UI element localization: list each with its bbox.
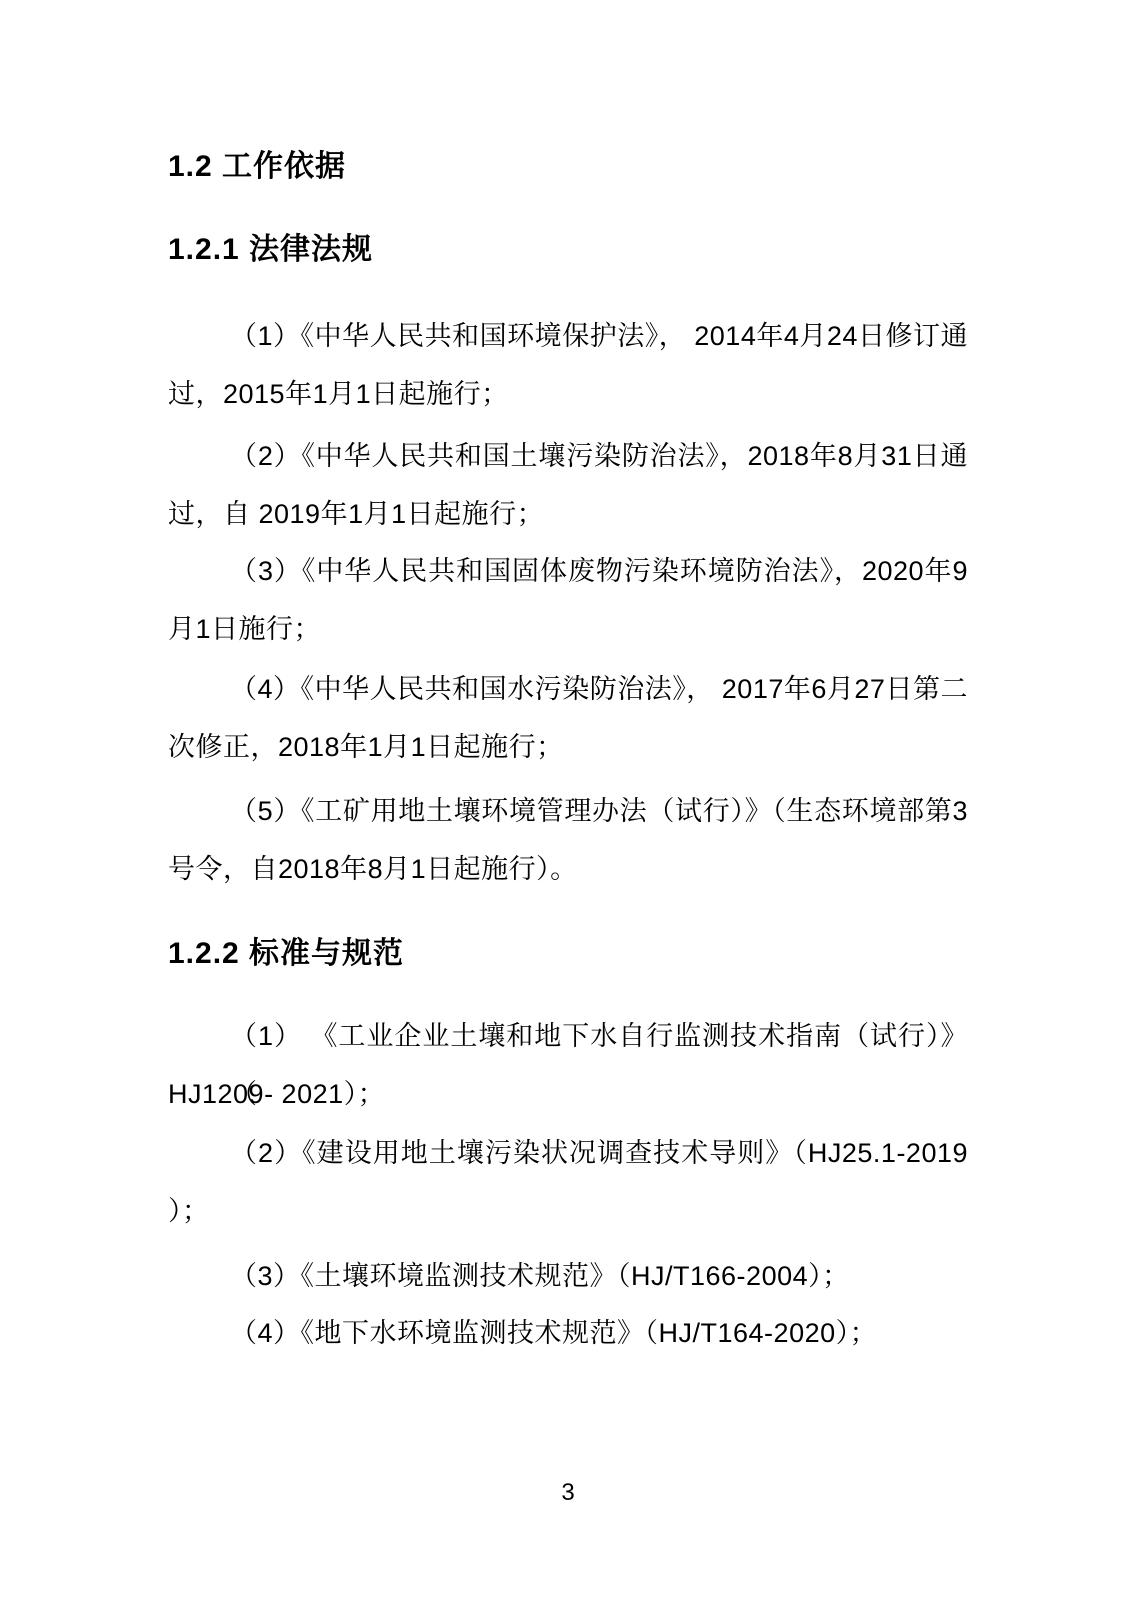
paragraph: （1）《中华人民共和国环境保护法》， 2014年4月24日修订通过，2015年1…: [168, 307, 968, 423]
section-heading: 1.2.2 标准与规范: [168, 934, 968, 974]
section-heading: 1.2 工作依据: [168, 147, 968, 187]
paragraph-line: （1）《中华人民共和国环境保护法》， 2014年4月24日修订通: [168, 307, 968, 365]
section-heading: 1.2.1 法律法规: [168, 230, 968, 270]
paragraph-line: 号令，自2018年8月1日起施行）。: [168, 840, 968, 898]
paragraph-line: 过，自 2019年1月1日起施行；: [168, 485, 968, 543]
paragraph-line: （3）《中华人民共和国固体废物污染环境防治法》，2020年9: [168, 542, 968, 600]
paragraph-line: （4）《中华人民共和国水污染防治法》， 2017年6月27日第二: [168, 660, 968, 718]
paragraph: （2）《中华人民共和国土壤污染防治法》，2018年8月31日通过，自 2019年…: [168, 427, 968, 543]
paragraph-line: HJ1209- 2021）；: [168, 1065, 968, 1123]
document-page: 1.2 工作依据1.2.1 法律法规（1）《中华人民共和国环境保护法》， 201…: [0, 0, 1131, 1600]
paragraph: （3）《土壤环境监测技术规范》（HJ/T166-2004）；: [168, 1247, 968, 1305]
paragraph: （2）《建设用地土壤污染状况调查技术导则》（HJ25.1-2019）；: [168, 1124, 968, 1240]
paragraph-line: 次修正，2018年1月1日起施行；: [168, 718, 968, 776]
paragraph: （4）《中华人民共和国水污染防治法》， 2017年6月27日第二次修正，2018…: [168, 660, 968, 776]
paragraph-line: 月1日施行；: [168, 600, 968, 658]
paragraph-line: （3）《土壤环境监测技术规范》（HJ/T166-2004）；: [168, 1247, 968, 1305]
paragraph-line: （4）《地下水环境监测技术规范》（HJ/T164-2020）；: [168, 1304, 968, 1362]
paragraph-line: ）；: [168, 1182, 968, 1240]
paragraph-line: （2）《中华人民共和国土壤污染防治法》，2018年8月31日通: [168, 427, 968, 485]
paragraph: （3）《中华人民共和国固体废物污染环境防治法》，2020年9月1日施行；: [168, 542, 968, 658]
paragraph-line: （2）《建设用地土壤污染状况调查技术导则》（HJ25.1-2019: [168, 1124, 968, 1182]
paragraph-line: 过，2015年1月1日起施行；: [168, 365, 968, 423]
page-number: 3: [168, 1478, 968, 1508]
paragraph: （1） 《工业企业土壤和地下水自行监测技术指南（试行）》（HJ1209- 202…: [168, 1007, 968, 1123]
paragraph-line: （1） 《工业企业土壤和地下水自行监测技术指南（试行）》（: [168, 1007, 968, 1065]
paragraph: （4）《地下水环境监测技术规范》（HJ/T164-2020）；: [168, 1304, 968, 1362]
paragraph-line: （5）《工矿用地土壤环境管理办法（试行）》（生态环境部第3: [168, 782, 968, 840]
paragraph: （5）《工矿用地土壤环境管理办法（试行）》（生态环境部第3号令，自2018年8月…: [168, 782, 968, 898]
